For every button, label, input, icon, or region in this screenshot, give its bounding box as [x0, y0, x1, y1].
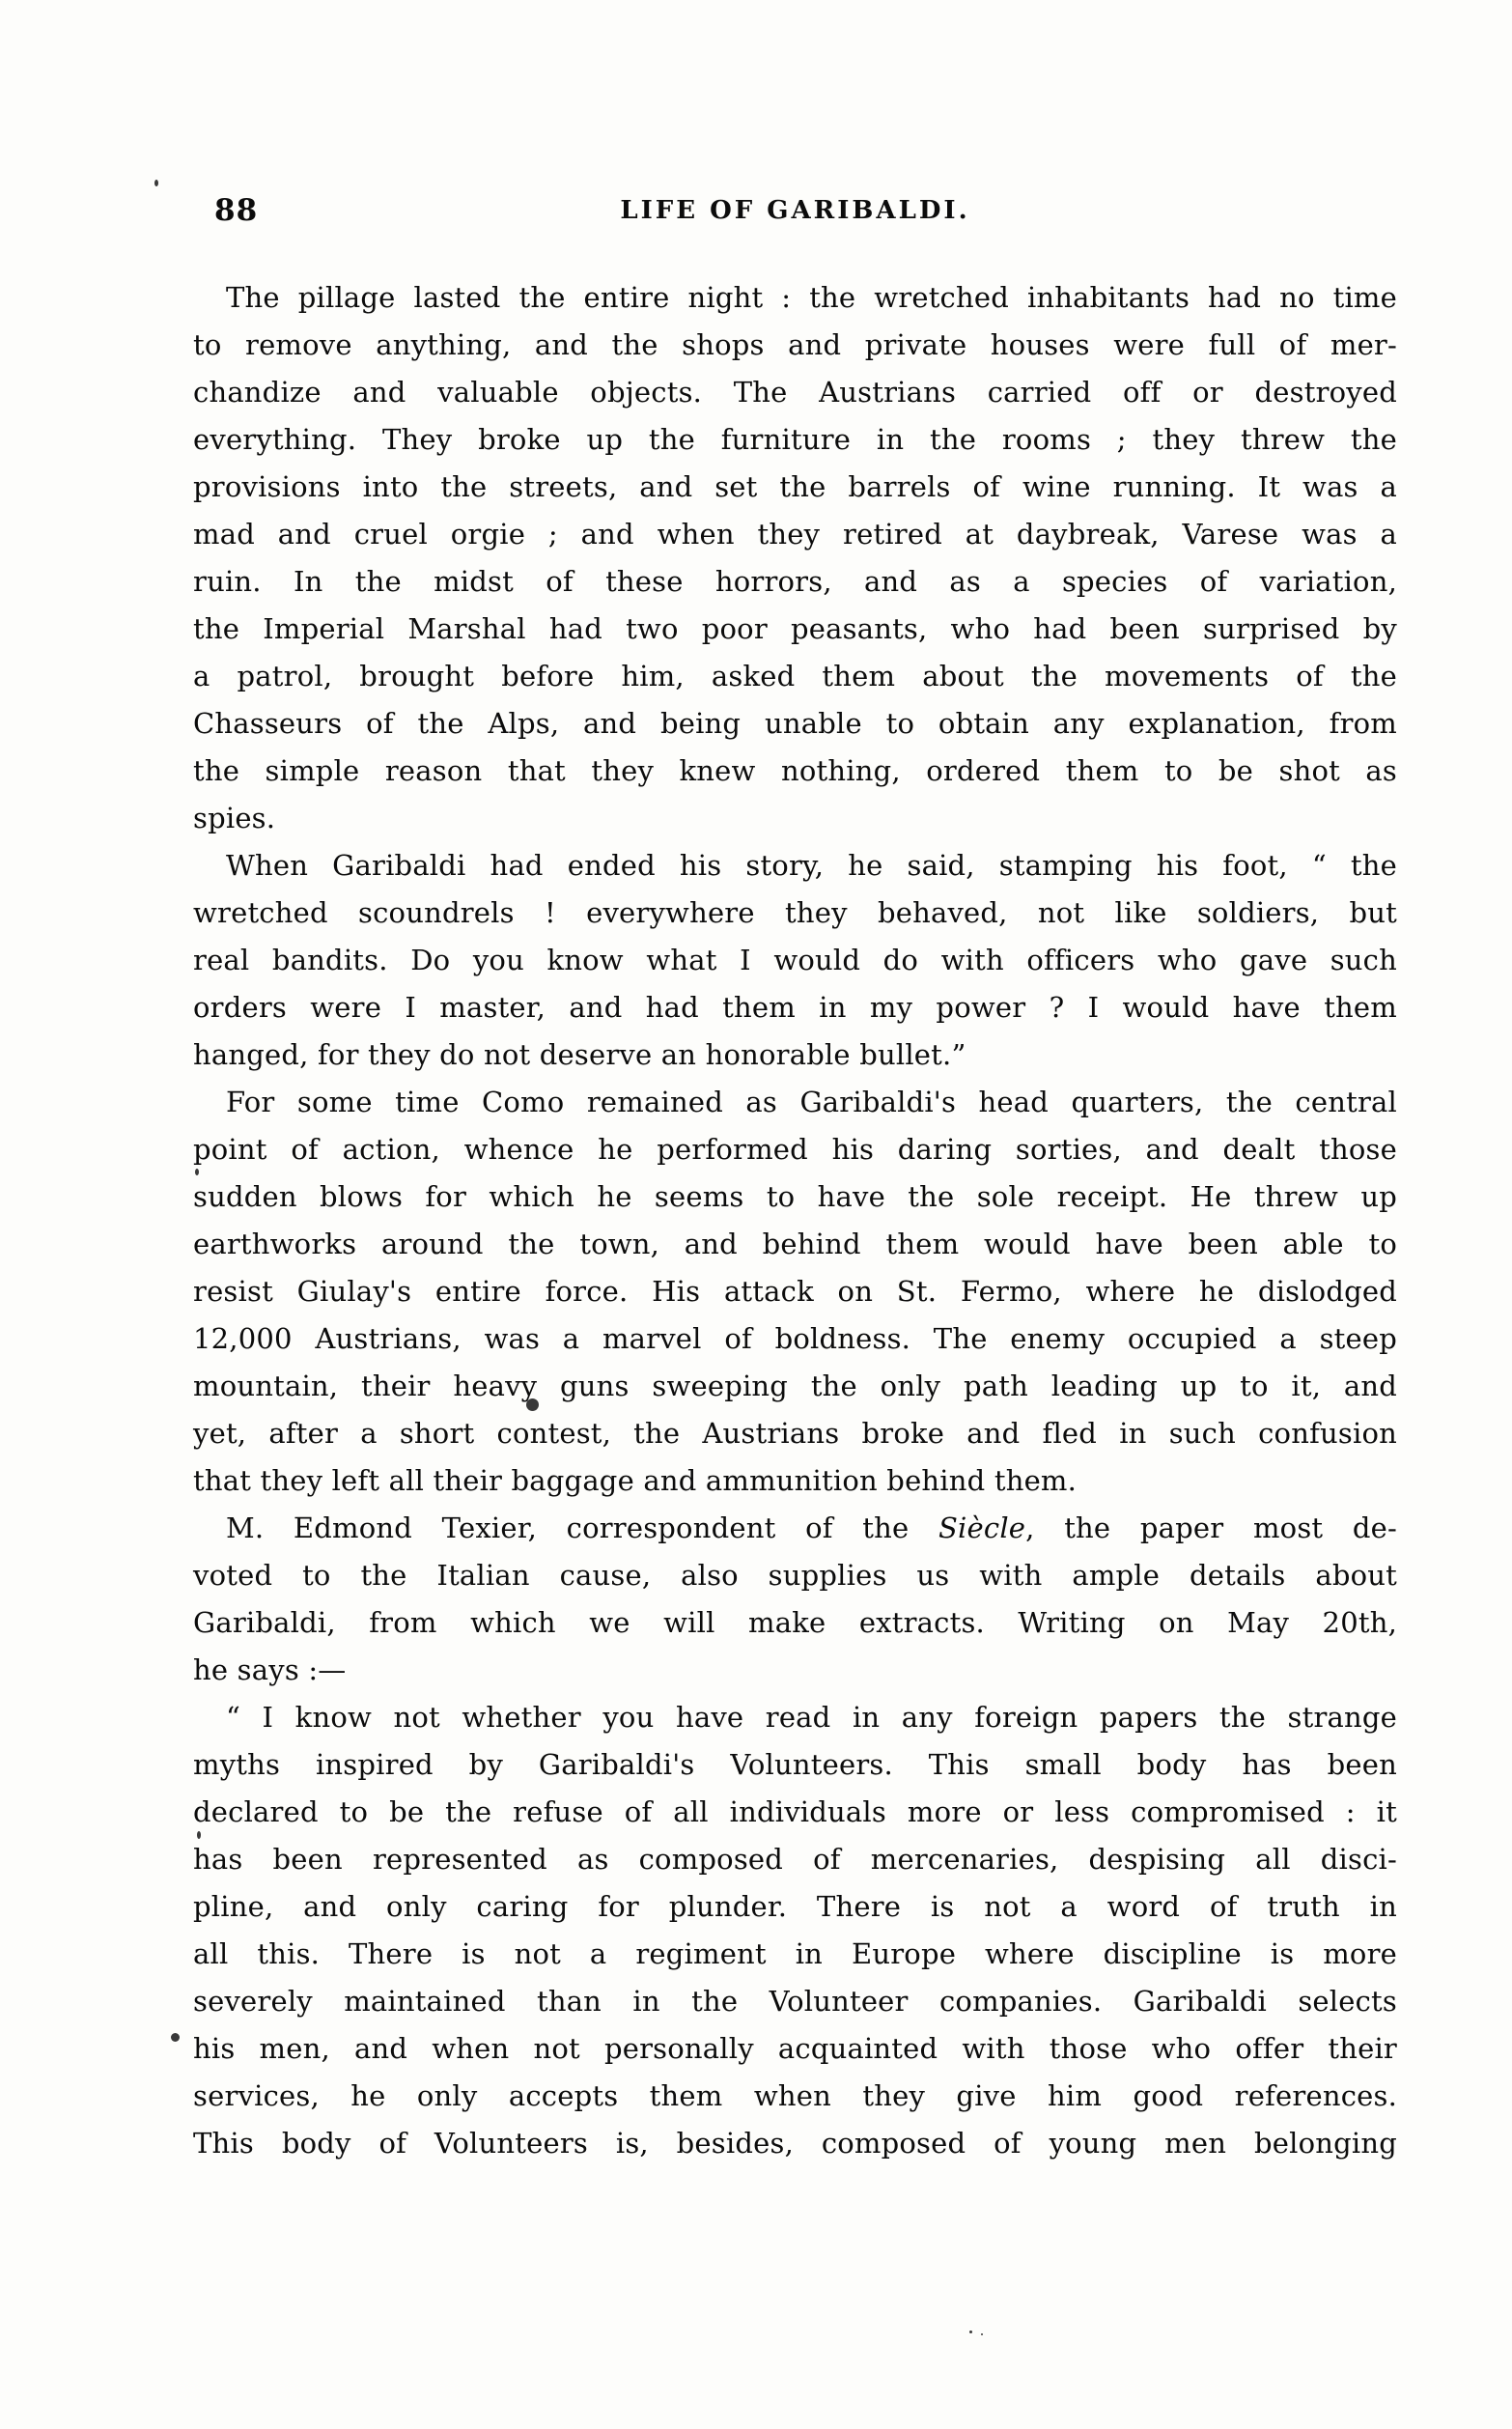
text-line: For some time Como remained as Garibaldi… [193, 1079, 1397, 1126]
text-line: wretched scoundrels ! everywhere they be… [193, 890, 1397, 937]
page-header: 88 LIFE OF GARIBALDI. [193, 193, 1397, 236]
scan-speck [969, 2330, 972, 2333]
text-line: resist Giulay's entire force. His attack… [193, 1268, 1397, 1315]
text-line: mad and cruel orgie ; and when they reti… [193, 511, 1397, 558]
scan-speck [195, 1169, 199, 1175]
scan-speck [981, 2333, 983, 2335]
text-block: The pillage lasted the entire night : th… [193, 274, 1397, 2167]
text-line: declared to be the refuse of all individ… [193, 1789, 1397, 1836]
scan-speck [197, 1831, 201, 1839]
text-line: everything. They broke up the furniture … [193, 416, 1397, 464]
text-line: orders were I master, and had them in my… [193, 984, 1397, 1031]
text-line: Garibaldi, from which we will make extra… [193, 1599, 1397, 1647]
paragraph: “ I know not whether you have read in an… [193, 1694, 1397, 2167]
scan-speck [154, 180, 158, 186]
text-line: myths inspired by Garibaldi's Volunteers… [193, 1741, 1397, 1789]
text-line: his men, and when not personally acquain… [193, 2025, 1397, 2073]
text-line: point of action, whence he performed his… [193, 1126, 1397, 1173]
paragraph: The pillage lasted the entire night : th… [193, 274, 1397, 842]
text-line: a patrol, brought before him, asked them… [193, 653, 1397, 700]
text-line: hanged, for they do not deserve an honor… [193, 1031, 1397, 1079]
text-line: spies. [193, 795, 1397, 842]
text-line: pline, and only caring for plunder. Ther… [193, 1883, 1397, 1931]
text-line: sudden blows for which he seems to have … [193, 1173, 1397, 1221]
text-line: chandize and valuable objects. The Austr… [193, 369, 1397, 416]
text-line: This body of Volunteers is, besides, com… [193, 2120, 1397, 2167]
text-line: has been represented as composed of merc… [193, 1836, 1397, 1883]
text-line: services, he only accepts them when they… [193, 2073, 1397, 2120]
text-line: The pillage lasted the entire night : th… [193, 274, 1397, 322]
text-line: “ I know not whether you have read in an… [193, 1694, 1397, 1741]
text-line: voted to the Italian cause, also supplie… [193, 1552, 1397, 1599]
scan-speck [171, 2033, 180, 2042]
paragraph: For some time Como remained as Garibaldi… [193, 1079, 1397, 1505]
text-line: ruin. In the midst of these horrors, and… [193, 558, 1397, 606]
text-line: all this. There is not a regiment in Eur… [193, 1931, 1397, 1978]
text-line: When Garibaldi had ended his story, he s… [193, 842, 1397, 890]
text-line: the Imperial Marshal had two poor peasan… [193, 606, 1397, 653]
text-line: that they left all their baggage and amm… [193, 1457, 1397, 1505]
text-line: M. Edmond Texier, correspondent of the S… [193, 1505, 1397, 1552]
text-line: real bandits. Do you know what I would d… [193, 937, 1397, 984]
text-line: Chasseurs of the Alps, and being unable … [193, 700, 1397, 748]
text-line: earthworks around the town, and behind t… [193, 1221, 1397, 1268]
paragraph: When Garibaldi had ended his story, he s… [193, 842, 1397, 1079]
text-line: severely maintained than in the Voluntee… [193, 1978, 1397, 2025]
scan-speck [526, 1398, 539, 1411]
paragraph: M. Edmond Texier, correspondent of the S… [193, 1505, 1397, 1694]
running-title: LIFE OF GARIBALDI. [193, 196, 1397, 225]
text-line: 12,000 Austrians, was a marvel of boldne… [193, 1315, 1397, 1363]
text-line: to remove anything, and the shops and pr… [193, 322, 1397, 369]
text-line: mountain, their heavy guns sweeping the … [193, 1363, 1397, 1410]
text-line: the simple reason that they knew nothing… [193, 748, 1397, 795]
text-line: yet, after a short contest, the Austrian… [193, 1410, 1397, 1457]
book-page: 88 LIFE OF GARIBALDI. The pillage lasted… [0, 0, 1512, 2429]
text-line: he says :— [193, 1647, 1397, 1694]
text-line: provisions into the streets, and set the… [193, 464, 1397, 511]
